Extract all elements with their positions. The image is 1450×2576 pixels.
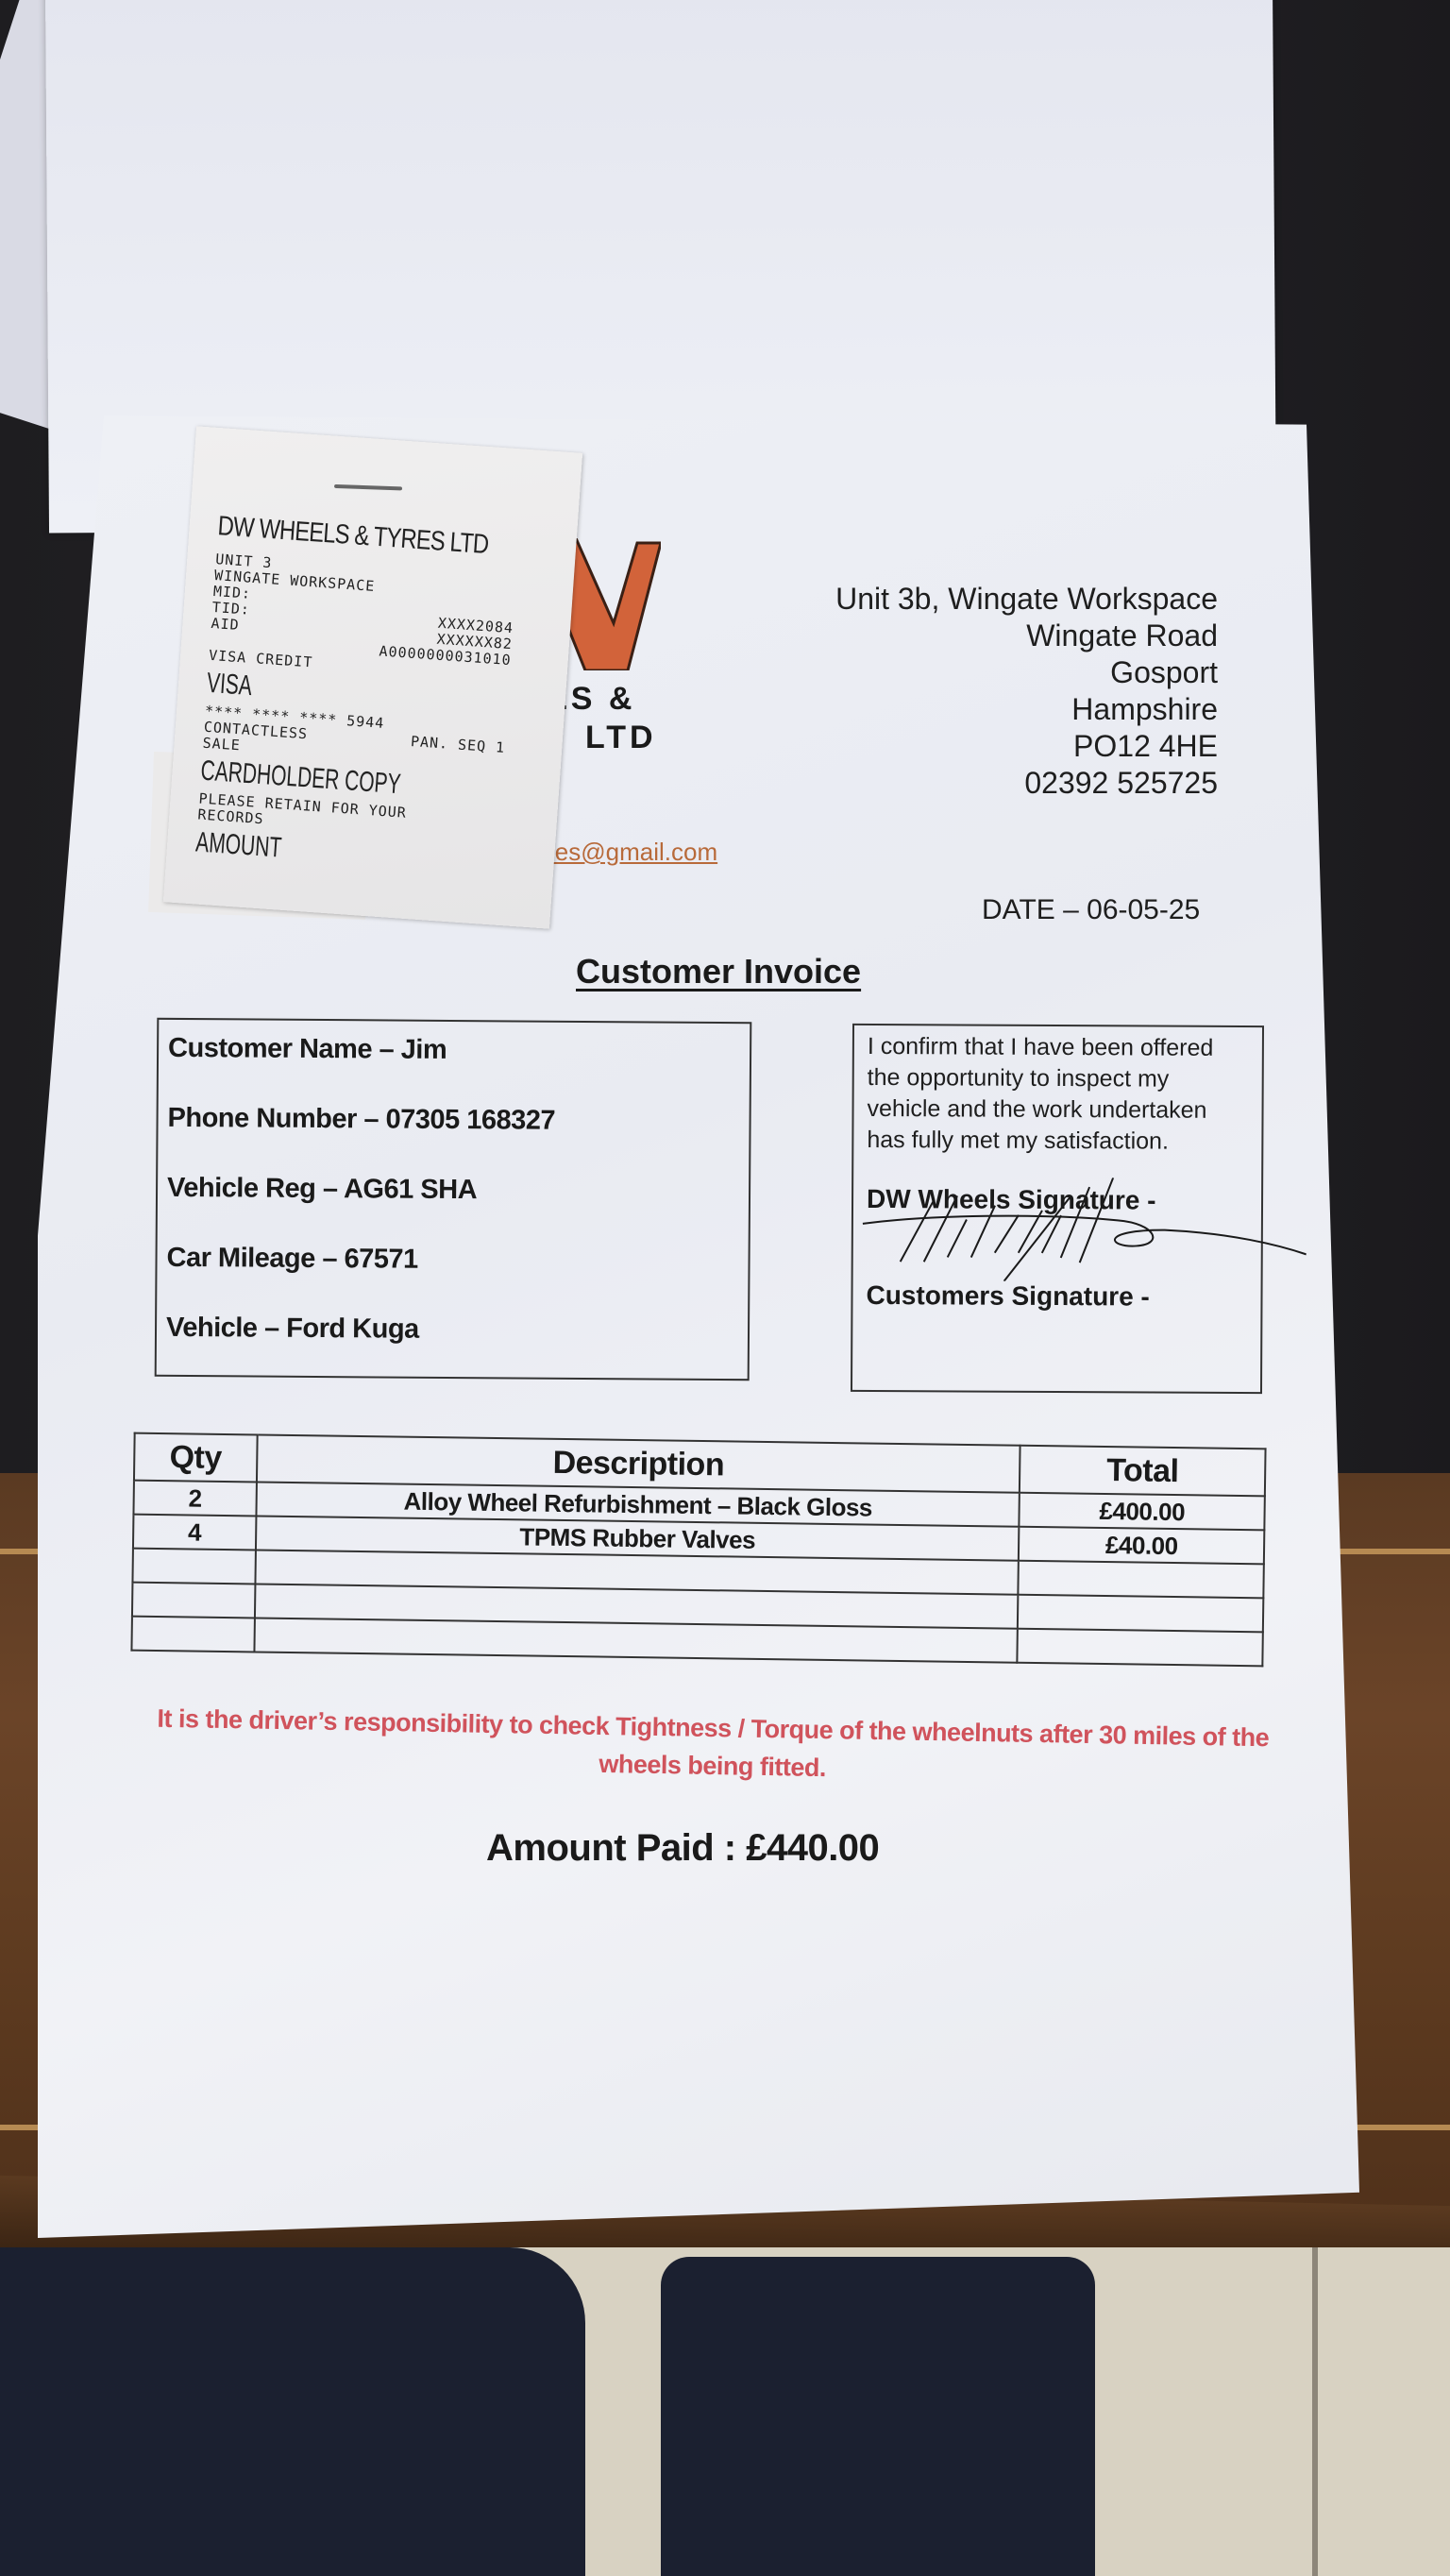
col-header-total: Total xyxy=(1020,1446,1265,1497)
customer-phone: Phone Number – 07305 168327 xyxy=(167,1099,740,1173)
amount-paid: Amount Paid : £440.00 xyxy=(486,1827,879,1870)
handwritten-signature-icon xyxy=(853,1177,1307,1283)
company-address: Unit 3b, Wingate Workspace Wingate Road … xyxy=(835,581,1218,802)
items-table: Qty Description Total 2 Alloy Wheel Refu… xyxy=(130,1432,1266,1668)
staple-icon xyxy=(334,484,402,491)
confirmation-text: I confirm that I have been offered the o… xyxy=(867,1031,1249,1158)
person-leg xyxy=(661,2257,1095,2576)
car-mileage: Car Mileage – 67571 xyxy=(166,1239,739,1313)
qty-cell xyxy=(132,1549,255,1585)
signature-box: I confirm that I have been offered the o… xyxy=(851,1024,1264,1394)
total-cell xyxy=(1018,1629,1263,1667)
customer-name: Customer Name – Jim xyxy=(168,1029,741,1103)
floor-seam xyxy=(1312,2247,1318,2576)
invoice-date: DATE – 06-05-25 xyxy=(982,894,1200,926)
qty-cell: 2 xyxy=(133,1481,256,1517)
total-cell: £40.00 xyxy=(1019,1527,1264,1565)
qty-cell xyxy=(131,1617,254,1652)
vehicle-reg: Vehicle Reg – AG61 SHA xyxy=(167,1169,740,1243)
qty-cell xyxy=(132,1583,255,1618)
total-cell xyxy=(1019,1561,1264,1599)
vehicle-model: Vehicle – Ford Kuga xyxy=(166,1309,739,1382)
customer-details-box: Customer Name – Jim Phone Number – 07305… xyxy=(155,1018,752,1381)
total-cell xyxy=(1018,1595,1263,1633)
person-leg xyxy=(0,2247,585,2576)
wheelnut-torque-notice: It is the driver’s responsibility to che… xyxy=(131,1699,1293,1794)
customer-signature-label: Customers Signature - xyxy=(866,1280,1149,1313)
qty-cell: 4 xyxy=(133,1515,256,1551)
card-receipt: DW WHEELS & TYRES LTD UNIT 3 WINGATE WOR… xyxy=(163,426,582,928)
col-header-qty: Qty xyxy=(134,1433,258,1483)
total-cell: £400.00 xyxy=(1020,1493,1265,1531)
invoice-title: Customer Invoice xyxy=(576,952,861,991)
